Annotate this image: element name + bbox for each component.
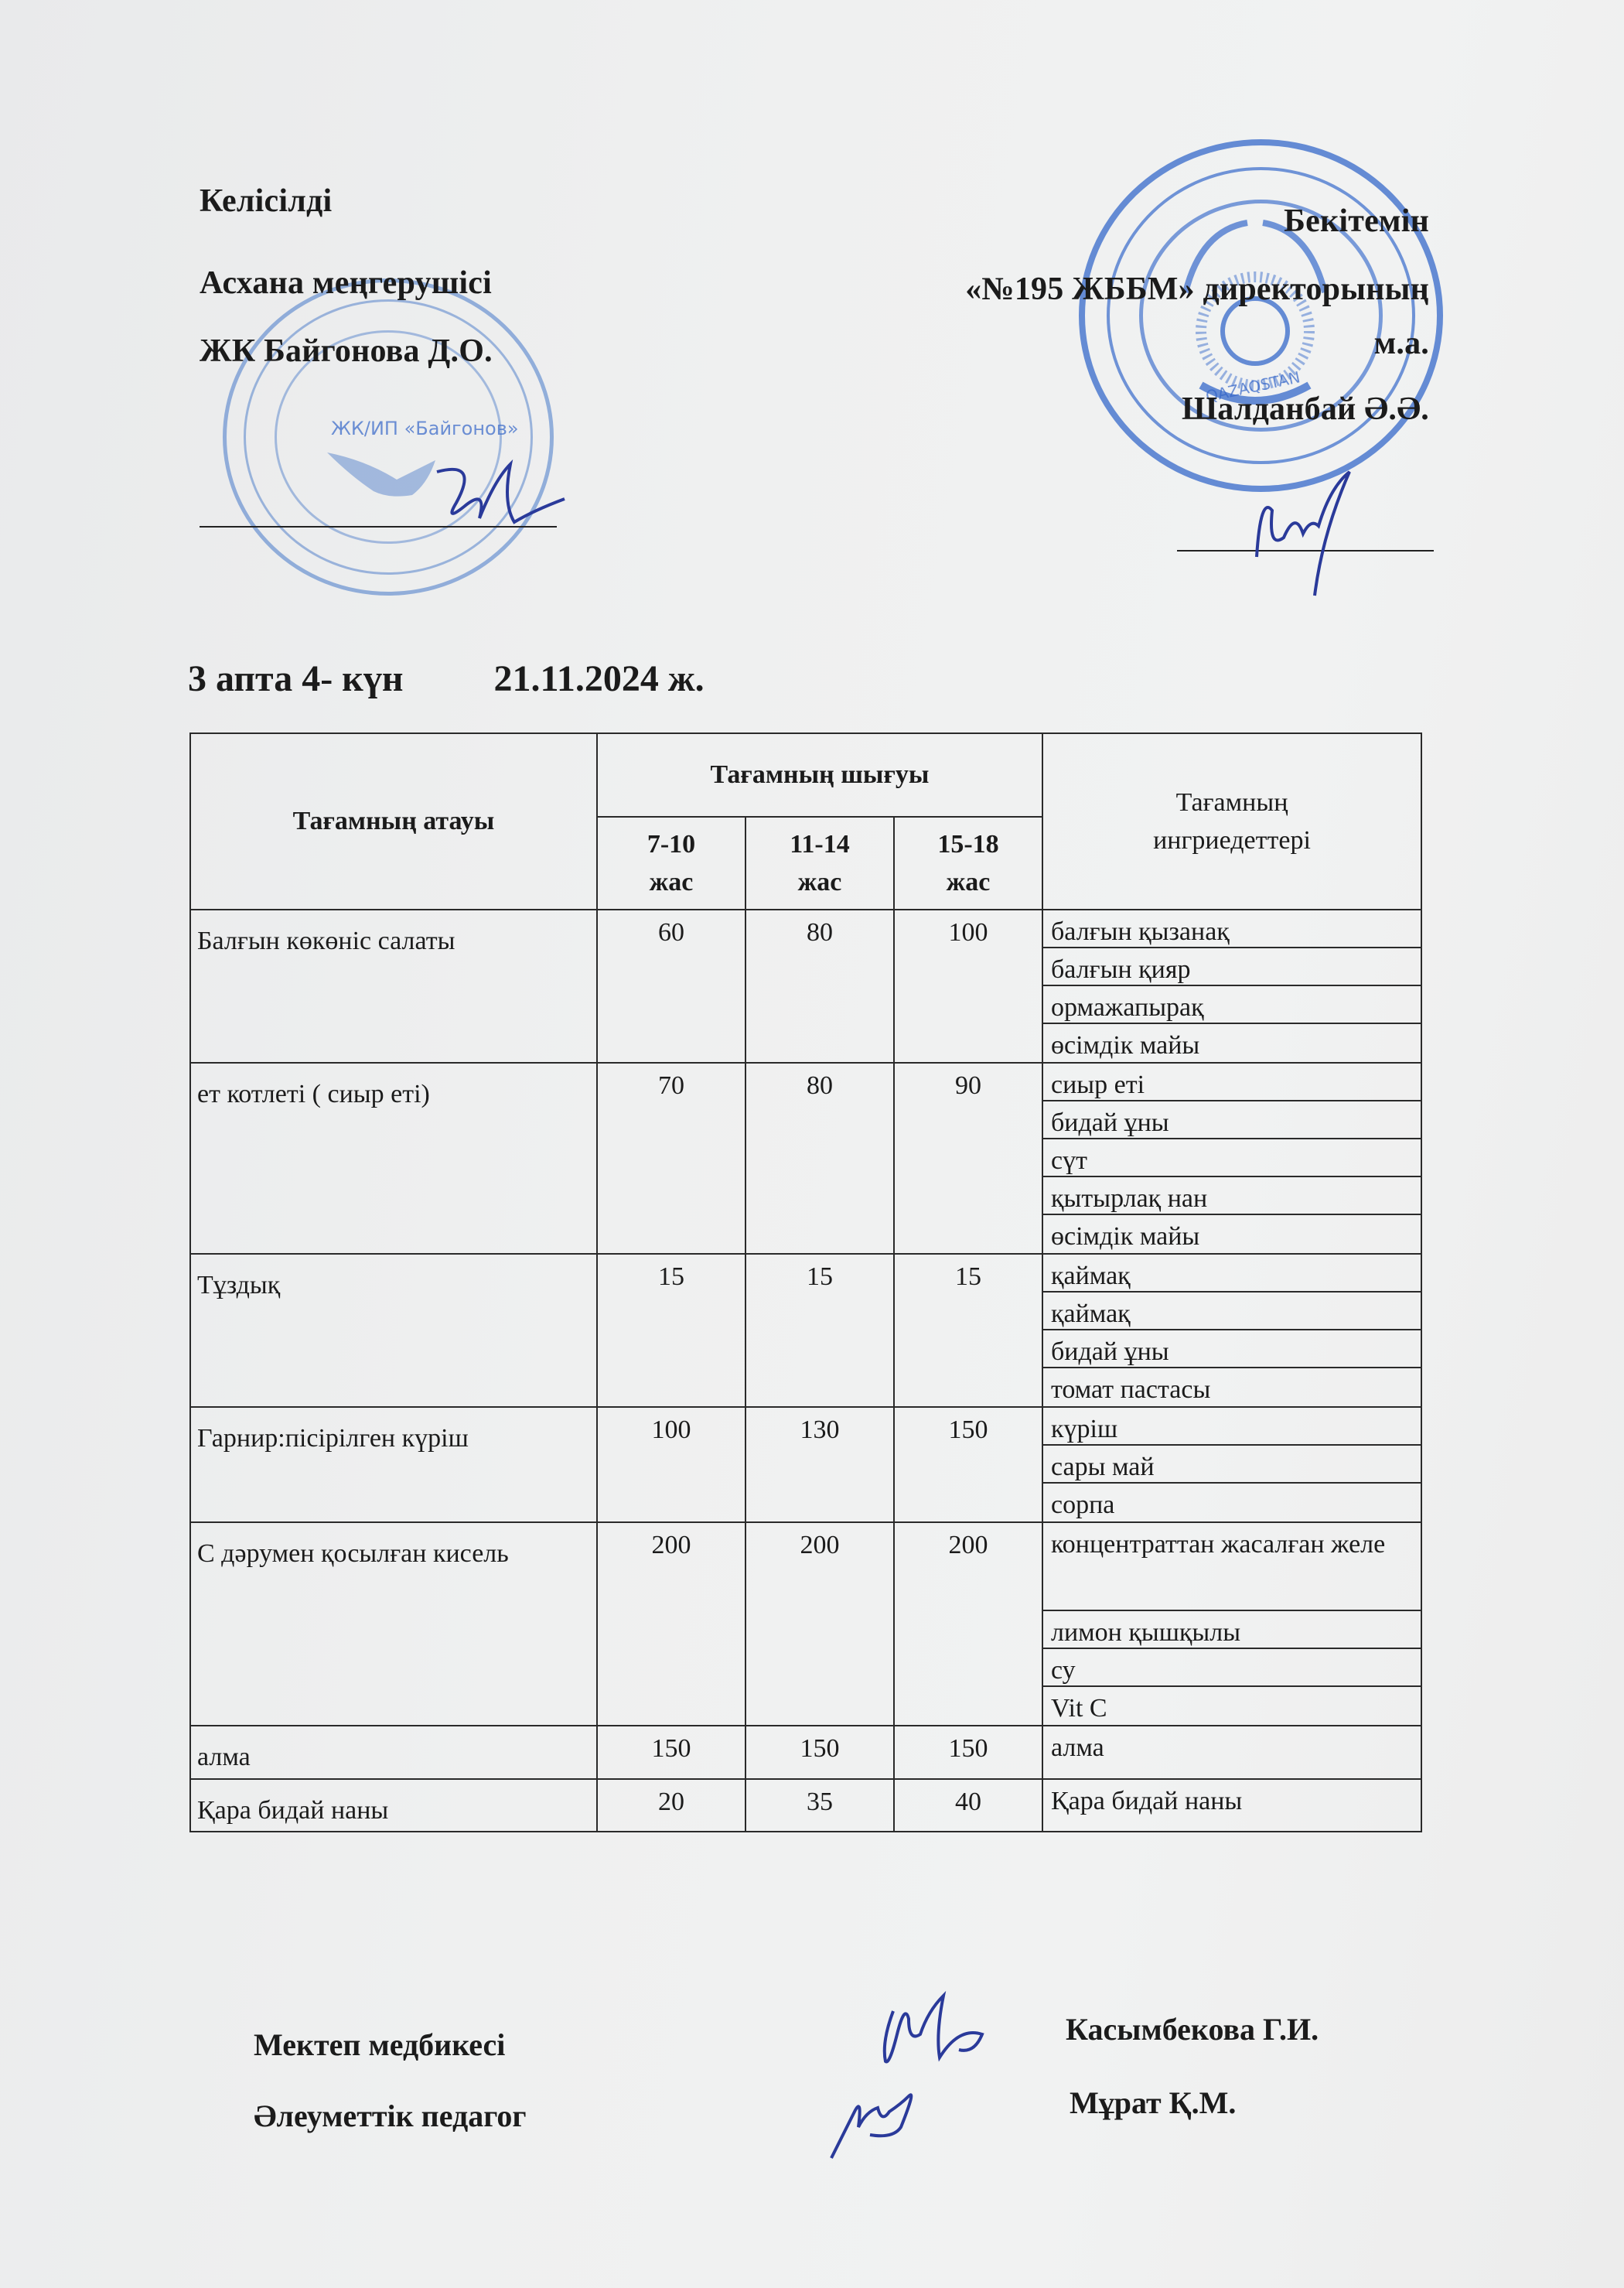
portion-value: 20: [597, 1779, 745, 1832]
stamp-left-text: ЖК/ИП «Байгонов»: [331, 418, 519, 439]
dish-name: алма: [190, 1726, 597, 1779]
portion-value: 200: [597, 1522, 745, 1726]
menu-date: 21.11.2024 ж.: [493, 657, 704, 700]
table-row: Қара бидай наны203540Қара бидай наны: [190, 1779, 1421, 1832]
approval-left-person: ЖК Байгонова Д.О.: [200, 333, 493, 370]
dish-name: Қара бидай наны: [190, 1779, 597, 1832]
portion-value: 15: [597, 1254, 745, 1407]
portion-value: 60: [597, 910, 745, 1063]
header-age-7-10: 7-10 жас: [597, 817, 745, 910]
table-row: Гарнир:пісірілген күріш100130150күрішсар…: [190, 1407, 1421, 1522]
portion-value: 100: [597, 1407, 745, 1522]
table-row: Балғын көкөніс салаты6080100балғын қызан…: [190, 910, 1421, 1063]
table-row: С дәрумен қосылған кисель200200200концен…: [190, 1522, 1421, 1726]
portion-value: 130: [745, 1407, 894, 1522]
portion-value: 150: [745, 1726, 894, 1779]
ingredient-item: концентраттан жасалған желе: [1043, 1523, 1421, 1611]
dish-name: ет котлеті ( сиыр еті): [190, 1063, 597, 1254]
table-row: алма150150150алма: [190, 1726, 1421, 1779]
portion-value: 150: [597, 1726, 745, 1779]
portion-value: 100: [894, 910, 1042, 1063]
approval-right-role: м.а.: [1374, 325, 1429, 362]
portion-value: 15: [745, 1254, 894, 1407]
ingredients-cell: концентраттан жасалған желелимон қышқылы…: [1042, 1522, 1421, 1726]
portion-value: 90: [894, 1063, 1042, 1254]
ingredient-item: бидай ұны: [1043, 1101, 1421, 1139]
portion-value: 150: [894, 1726, 1042, 1779]
ingredient-item: күріш: [1043, 1408, 1421, 1446]
menu-title: 3 апта 4- күн 21.11.2024 ж.: [188, 657, 705, 700]
ingredient-item: балғын қызанақ: [1043, 910, 1421, 948]
ingredient-item: Қара бидай наны: [1043, 1780, 1421, 1818]
ingredient-item: лимон қышқылы: [1043, 1611, 1421, 1649]
week-day: 3 апта 4- күн: [188, 657, 403, 700]
ingredient-item: алма: [1043, 1726, 1421, 1764]
ingredients-cell: балғын қызанақбалғын қиярормажапырақөсім…: [1042, 910, 1421, 1063]
portion-value: 80: [745, 1063, 894, 1254]
pedagogue-role: Әлеуметтік педагог: [254, 2098, 527, 2134]
header-ingredients: Тағамның ингриедеттері: [1042, 733, 1421, 910]
ingredient-item: өсімдік майы: [1043, 1024, 1421, 1062]
ingredient-item: су: [1043, 1649, 1421, 1687]
ingredient-item: сиыр еті: [1043, 1064, 1421, 1101]
portion-value: 80: [745, 910, 894, 1063]
table-row: Тұздық151515қаймаққаймақбидай ұнытомат п…: [190, 1254, 1421, 1407]
dish-name: Тұздық: [190, 1254, 597, 1407]
portion-value: 150: [894, 1407, 1042, 1522]
table-row: ет котлеті ( сиыр еті)708090сиыр етібида…: [190, 1063, 1421, 1254]
signature-left-icon: [418, 456, 572, 541]
signature-pedagogue-icon: [824, 2081, 947, 2166]
ingredient-item: сүт: [1043, 1139, 1421, 1177]
signature-nurse-icon: [874, 1988, 1013, 2073]
dish-name: С дәрумен қосылған кисель: [190, 1522, 597, 1726]
ingredients-cell: күрішсары майсорпа: [1042, 1407, 1421, 1522]
stamp-left: ЖК/ИП «Байгонов»: [223, 278, 554, 596]
ingredient-item: қаймақ: [1043, 1293, 1421, 1330]
signature-right-icon: [1230, 464, 1361, 603]
portion-value: 35: [745, 1779, 894, 1832]
ingredient-item: қытырлақ нан: [1043, 1177, 1421, 1215]
ingredient-item: томат пастасы: [1043, 1368, 1421, 1406]
ingredients-cell: Қара бидай наны: [1042, 1779, 1421, 1832]
ingredient-item: бидай ұны: [1043, 1330, 1421, 1368]
menu-body: Балғын көкөніс салаты6080100балғын қызан…: [190, 910, 1421, 1832]
approval-right-label: Бекітемін: [1284, 203, 1429, 240]
header-dish-name: Тағамның атауы: [190, 733, 597, 910]
portion-value: 40: [894, 1779, 1042, 1832]
ingredient-item: қаймақ: [1043, 1255, 1421, 1293]
header-age-11-14: 11-14 жас: [745, 817, 894, 910]
portion-value: 200: [745, 1522, 894, 1726]
nurse-name: Касымбекова Г.И.: [1066, 2011, 1319, 2047]
dish-name: Балғын көкөніс салаты: [190, 910, 597, 1063]
portion-value: 15: [894, 1254, 1042, 1407]
ingredient-item: өсімдік майы: [1043, 1215, 1421, 1253]
portion-value: 70: [597, 1063, 745, 1254]
ingredient-item: балғын қияр: [1043, 948, 1421, 986]
menu-table: Тағамның атауы Тағамның шығуы Тағамның и…: [189, 733, 1422, 1832]
approval-right-position: «№195 ЖББМ» директорының: [965, 271, 1429, 308]
dish-name: Гарнир:пісірілген күріш: [190, 1407, 597, 1522]
nurse-role: Мектеп медбикесі: [254, 2027, 505, 2063]
approval-left-label: Келісілді: [200, 183, 332, 220]
pedagogue-name: Мұрат Қ.М.: [1070, 2085, 1236, 2121]
ingredient-item: ормажапырақ: [1043, 986, 1421, 1024]
header-age-15-18: 15-18 жас: [894, 817, 1042, 910]
ingredients-cell: алма: [1042, 1726, 1421, 1779]
ingredients-cell: сиыр етібидай ұнысүтқытырлақ нанөсімдік …: [1042, 1063, 1421, 1254]
approval-left-position: Асхана меңгерушісі: [200, 265, 492, 302]
ingredient-item: Vit C: [1043, 1687, 1421, 1725]
stamp-right: QAZAQSTAN: [1079, 139, 1443, 492]
ingredient-item: сары май: [1043, 1446, 1421, 1484]
portion-value: 200: [894, 1522, 1042, 1726]
approval-right-person: Шалданбай Ә.Ә.: [1182, 391, 1429, 428]
ingredient-item: сорпа: [1043, 1484, 1421, 1521]
header-output: Тағамның шығуы: [597, 733, 1042, 817]
ingredients-cell: қаймаққаймақбидай ұнытомат пастасы: [1042, 1254, 1421, 1407]
